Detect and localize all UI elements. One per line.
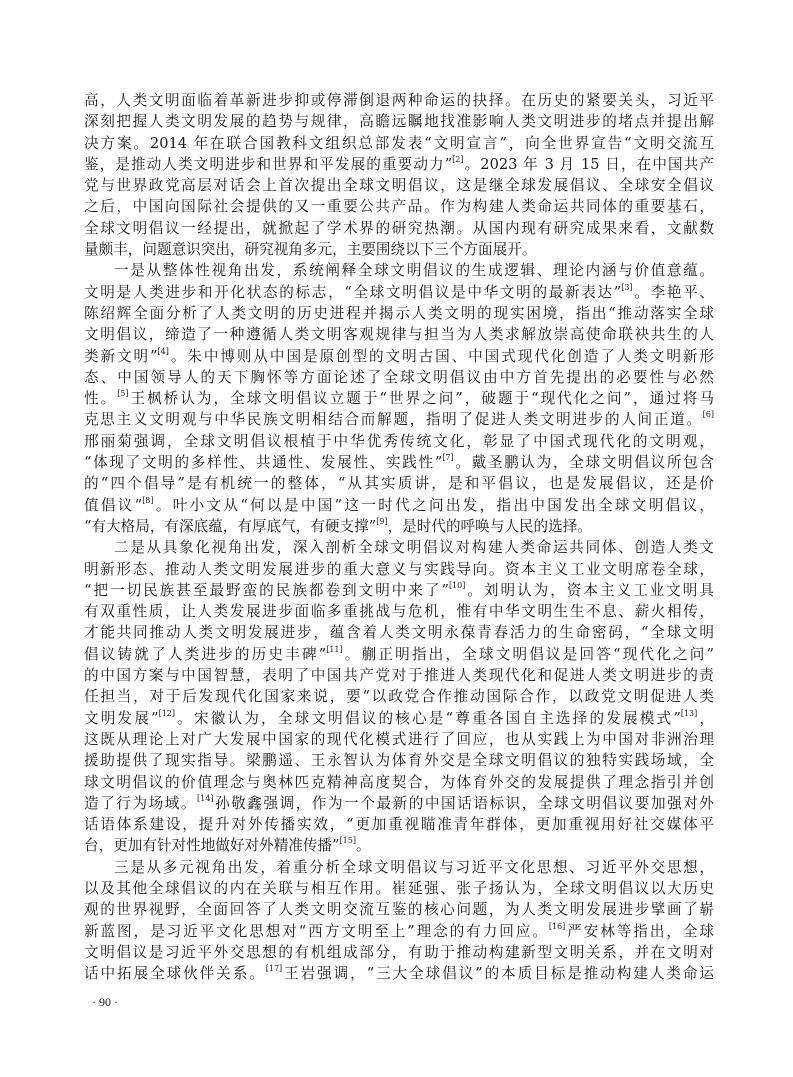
- text-line: 陈绍辉全面分析了人类文明的历史进程并揭示人类文明的现实困境，指出“推动落实全球: [84, 303, 714, 324]
- text-line: 深刻把握人类文明发展的趋势与规律，高瞻远瞩地找准影响人类文明进步的堵点并提出解: [84, 111, 714, 132]
- text-line: 类新文明”[4]。朱中博则从中国是原创型的文明古国、中国式现代化创造了人类文明新…: [84, 346, 714, 367]
- text-line: 邢丽菊强调，全球文明倡议根植于中华优秀传统文化，彰显了中国式现代化的文明观，: [84, 431, 714, 452]
- text-line: 克思主义文明观与中华民族文明相结合而解题，指明了促进人类文明进步的人间正道。[6…: [84, 409, 714, 430]
- citation-ref: [5]: [117, 389, 128, 398]
- text-line: 二是从具象化视角出发，深入剖析全球文明倡议对构建人类命运共同体、创造人类文: [84, 537, 714, 558]
- text-line: 的“四个倡导”是有机统一的整体，“从其实质讲，是和平倡议，也是发展倡议，还是价: [84, 473, 714, 494]
- text-line: 任担当，对于后发现代化国家来说，要“以政党合作推动国际合作，以政党文明促进人类: [84, 686, 714, 707]
- citation-ref: [13]: [681, 709, 697, 718]
- citation-ref: [2]: [452, 155, 463, 164]
- text-line: 以及其他全球倡议的内在关联与相互作用。崔延强、张子扬认为，全球文明倡议以大历史: [84, 878, 714, 899]
- text-line: 态、中国领导人的天下胸怀等方面论述了全球文明倡议由中方首先提出的必要性与必然: [84, 367, 714, 388]
- text-line: 话中拓展全球伙伴关系。[17]王岩强调，“三大全球倡议”的本质目标是推动构建人类…: [84, 963, 714, 984]
- text-line: 文明倡议是习近平外交思想的有机组成部分，有助于推动构建新型文明关系，并在文明对: [84, 942, 714, 963]
- text-line: 援助提供了现实指导。梁鹏遥、王永智认为体育外交是全球文明倡议的独特实践场域，全: [84, 750, 714, 771]
- text-line: 三是从多元视角出发，着重分析全球文明倡议与习近平文化思想、习近平外交思想，: [84, 857, 714, 878]
- document-body: 高，人类文明面临着革新进步抑或停滞倒退两种命运的抉择。在历史的紧要关头，习近平深…: [84, 90, 714, 984]
- text-line: 之后，中国向国际社会提供的又一重要公共产品。作为构建人类命运共同体的重要基石，: [84, 196, 714, 217]
- text-line: 高，人类文明面临着革新进步抑或停滞倒退两种命运的抉择。在历史的紧要关头，习近平: [84, 90, 714, 111]
- text-line: 量颇丰，问题意识突出，研究视角多元，主要围绕以下三个方面展开。: [84, 239, 714, 260]
- text-line: 文明倡议，缔造了一种遵循人类文明客观规律与担当为人类求解放崇高使命联袂共生的人: [84, 324, 714, 345]
- citation-ref: [14]: [197, 794, 213, 803]
- text-line: 台，更加有针对性地做好对外精准传播”[15]。: [84, 835, 714, 856]
- text-line: 值倡议”[8]。叶小文从“何以是中国”这一时代之问出发，指出中国发出全球文明倡议…: [84, 495, 714, 516]
- text-line: 一是从整体性视角出发，系统阐释全球文明倡议的生成逻辑、理论内涵与价值意蕴。: [84, 260, 714, 281]
- citation-ref: [3]: [621, 283, 632, 292]
- text-line: 决方案。2014 年在联合国教科文组织总部发表“文明宣言”，向全世界宣告“文明交…: [84, 133, 714, 154]
- citation-ref: [10]: [449, 581, 465, 590]
- text-line: 新蓝图，是习近平文化思想对“西方文明至上”理念的有力回应。[16]严安林等指出，…: [84, 921, 714, 942]
- text-line: 明新形态、推动人类文明发展进步的重大意义与实践导向。资本主义工业文明席卷全球，: [84, 559, 714, 580]
- text-line: 的中国方案与中国智慧，表明了中国共产党对于推进人类现代化和促进人类文明进步的责: [84, 665, 714, 686]
- citation-ref: [4]: [158, 347, 169, 356]
- citation-ref: [6]: [703, 410, 714, 419]
- citation-ref: [9]: [376, 517, 387, 526]
- page-number: · 90 ·: [92, 995, 118, 1010]
- text-line: 有双重性质，让人类发展进步面临多重挑战与危机，惟有中华文明生生不息、薪火相传，: [84, 601, 714, 622]
- citation-ref: [8]: [142, 496, 153, 505]
- text-line: 观的世界视野，全面回答了人类文明交流互鉴的核心问题，为人类文明发展进步擘画了崭: [84, 899, 714, 920]
- text-line: 球文明倡议的价值理念与奥林匹克精神高度契合，为体育外交的发展提供了理念指引并创: [84, 772, 714, 793]
- text-line: 造了行为场域。[14]孙敬鑫强调，作为一个最新的中国话语标识，全球文明倡议要加强…: [84, 793, 714, 814]
- text-line: 这既从理论上对广大发展中国家的现代化模式进行了回应，也从实践上为中国对非洲治理: [84, 729, 714, 750]
- text-line: 鉴，是推动人类文明进步和世界和平发展的重要动力”[2]。2023 年 3 月 1…: [84, 154, 714, 175]
- citation-ref: [7]: [442, 453, 453, 462]
- text-line: 话语体系建设，提升对外传播实效，“更加重视瞄准青年群体，更加重视用好社交媒体平: [84, 814, 714, 835]
- citation-ref: [15]: [340, 836, 356, 845]
- text-line: 性。[5]王枫桥认为，全球文明倡议立题于“世界之问”，破题于“现代化之问”，通过…: [84, 388, 714, 409]
- text-line: “把一切民族甚至最野蛮的民族都卷到文明中来了”[10]。刘明认为，资本主义工业文…: [84, 580, 714, 601]
- text-line: 全球文明倡议一经提出，就掀起了学术界的研究热潮。从国内现有研究成果来看，文献数: [84, 218, 714, 239]
- text-line: 文明是人类进步和开化状态的标志，“全球文明倡议是中华文明的最新表达”[3]。李艳…: [84, 282, 714, 303]
- citation-ref: [12]: [159, 709, 175, 718]
- text-line: “体现了文明的多样性、共通性、发展性、实践性”[7]。戴圣鹏认为，全球文明倡议所…: [84, 452, 714, 473]
- text-line: 才能共同推动人类文明发展进步，蕴含着人类文明永葆青春活力的生命密码，“全球文明: [84, 622, 714, 643]
- citation-ref: [16]: [549, 922, 565, 931]
- citation-ref: [17]: [266, 964, 282, 973]
- text-line: “有大格局，有深底蕴，有厚底气，有硬支撑”[9]，是时代的呼唤与人民的选择。: [84, 516, 714, 537]
- text-line: 党与世界政党高层对话会上首次提出全球文明倡议，这是继全球发展倡议、全球安全倡议: [84, 175, 714, 196]
- text-line: 文明发展”[12]。宋徽认为，全球文明倡议的核心是“尊重各国自主选择的发展模式”…: [84, 708, 714, 729]
- text-line: 倡议铸就了人类进步的历史丰碑”[11]。蒯正明指出，全球文明倡议是回答“现代化之…: [84, 644, 714, 665]
- citation-ref: [11]: [326, 645, 342, 654]
